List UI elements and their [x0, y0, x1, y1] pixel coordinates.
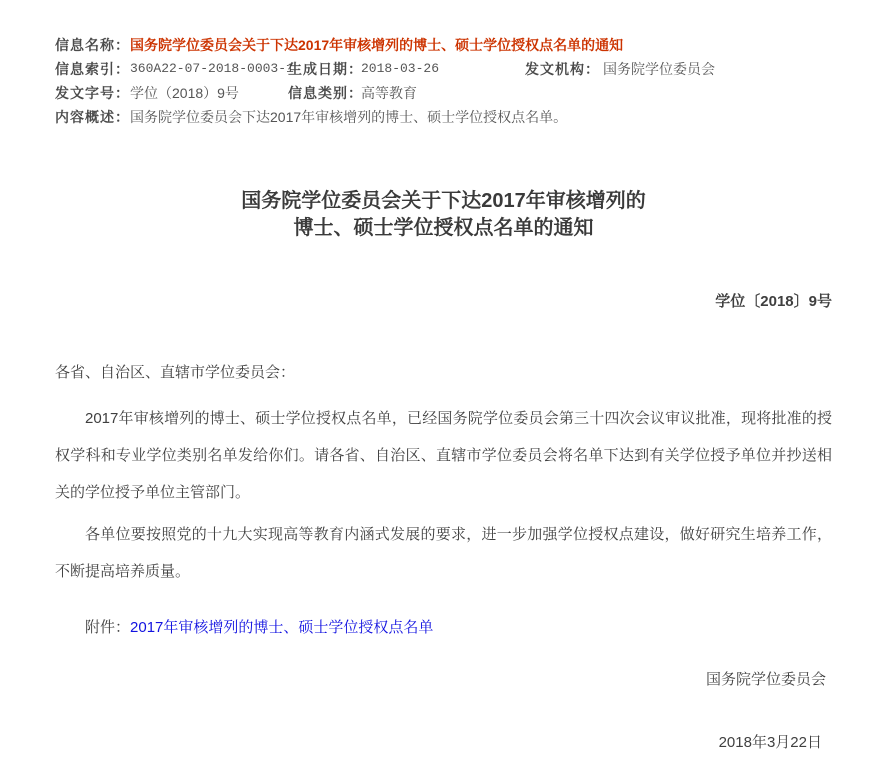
attachment-label: 附件：	[85, 619, 130, 636]
info-name-label: 信息名称：	[55, 36, 130, 54]
category-value: 高等教育	[361, 84, 417, 102]
metadata-panel: 信息名称： 国务院学位委员会关于下达2017年审核增列的博士、硕士学位授权点名单…	[55, 0, 832, 132]
issuer-signature: 国务院学位委员会	[55, 672, 832, 688]
addressee-line: 各省、自治区、直辖市学位委员会：	[55, 363, 832, 383]
body-paragraph-1: 2017年审核增列的博士、硕士学位授权点名单，已经国务院学位委员会第三十四次会议…	[55, 400, 832, 511]
info-index-value: 360A22-07-2018-0003-1	[130, 60, 288, 78]
meta-row-docno: 发文字号： 学位（2018）9号 信息类别： 高等教育	[55, 84, 832, 108]
info-name-value: 国务院学位委员会关于下达2017年审核增列的博士、硕士学位授权点名单的通知	[130, 36, 832, 54]
document-number: 学位〔2018〕9号	[55, 290, 832, 311]
notice-page: 信息名称： 国务院学位委员会关于下达2017年审核增列的博士、硕士学位授权点名单…	[0, 0, 887, 775]
meta-row-name: 信息名称： 国务院学位委员会关于下达2017年审核增列的博士、硕士学位授权点名单…	[55, 36, 832, 60]
gen-date-value: 2018-03-26	[361, 60, 525, 78]
gen-date-label: 生成日期：	[288, 60, 361, 78]
category-label: 信息类别：	[288, 84, 361, 102]
agency-value: 国务院学位委员会	[603, 60, 715, 78]
doc-no-value: 学位（2018）9号	[130, 84, 288, 102]
meta-row-summary: 内容概述： 国务院学位委员会下达2017年审核增列的博士、硕士学位授权点名单。	[55, 108, 832, 132]
doc-no-label: 发文字号：	[55, 84, 130, 102]
document-title-line1: 国务院学位委员会关于下达2017年审核增列的	[241, 190, 646, 212]
attachment-link[interactable]: 2017年审核增列的博士、硕士学位授权点名单	[130, 619, 433, 636]
agency-label: 发文机构：	[525, 60, 603, 78]
body-paragraph-2: 各单位要按照党的十九大实现高等教育内涵式发展的要求，进一步加强学位授权点建设，做…	[55, 516, 832, 590]
document-title-line2: 博士、硕士学位授权点名单的通知	[294, 217, 594, 239]
summary-value: 国务院学位委员会下达2017年审核增列的博士、硕士学位授权点名单。	[130, 108, 567, 126]
info-index-label: 信息索引：	[55, 60, 130, 78]
attachment-line: 附件：2017年审核增列的博士、硕士学位授权点名单	[55, 609, 832, 646]
meta-row-index: 信息索引： 360A22-07-2018-0003-1 生成日期： 2018-0…	[55, 60, 832, 84]
document-title: 国务院学位委员会关于下达2017年审核增列的 博士、硕士学位授权点名单的通知	[55, 188, 832, 242]
summary-label: 内容概述：	[55, 108, 130, 126]
issue-date: 2018年3月22日	[55, 735, 832, 751]
